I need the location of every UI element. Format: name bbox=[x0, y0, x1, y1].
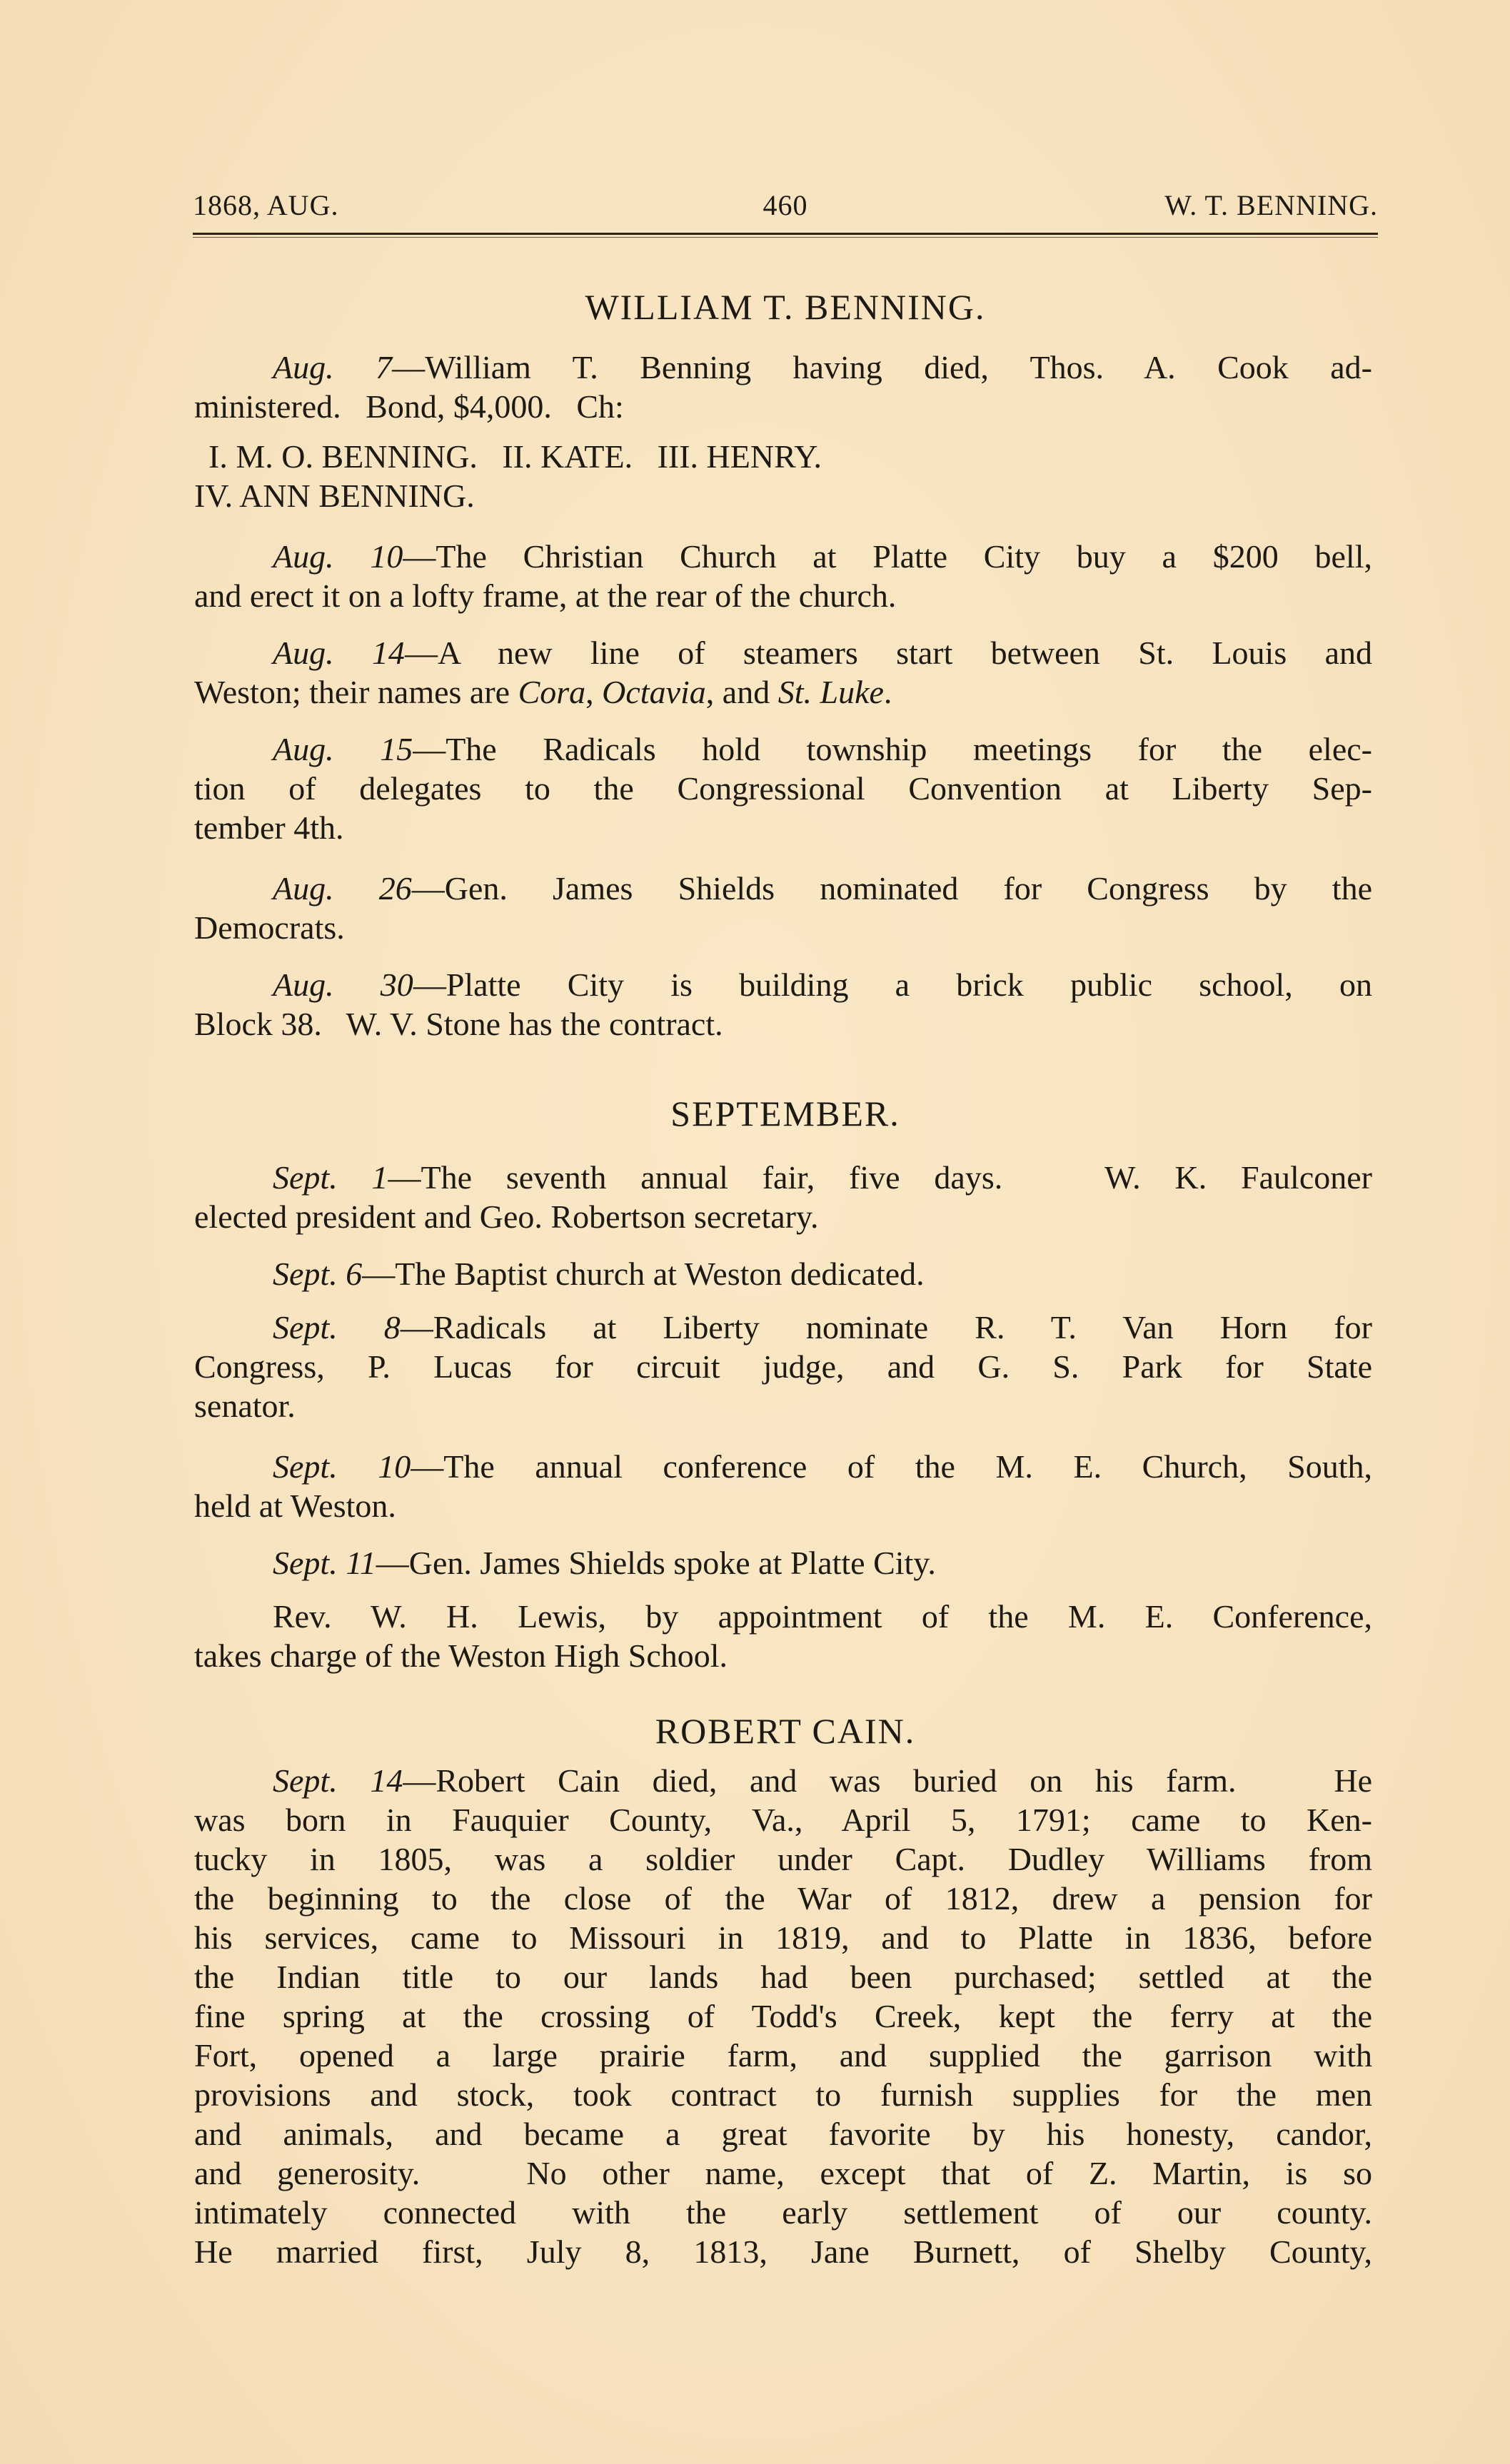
entry-sept8-line1: Sept. 8—Radicals at Liberty nominate R. … bbox=[273, 1308, 1372, 1348]
entry-date: Sept. 8 bbox=[273, 1309, 401, 1345]
entry-date: Sept. 6 bbox=[273, 1256, 362, 1292]
entry-date: Aug. 10 bbox=[273, 538, 403, 575]
entry-date: Sept. 14 bbox=[273, 1762, 403, 1799]
entry-lewis-line1: Rev. W. H. Lewis, by appointment of the … bbox=[273, 1597, 1372, 1637]
punctuation: , bbox=[585, 674, 602, 710]
section-heading-september: SEPTEMBER. bbox=[193, 1091, 1378, 1136]
punctuation: . bbox=[884, 674, 892, 710]
entry-date: Sept. 11 bbox=[273, 1545, 376, 1581]
header-rule-thin bbox=[193, 237, 1378, 238]
ship-name: Octavia bbox=[602, 674, 706, 710]
book-page: 1868, AUG. 460 W. T. BENNING. WILLIAM T.… bbox=[0, 0, 1510, 2464]
entry-aug15-line3: tember 4th. bbox=[194, 808, 1372, 848]
entry-sept14-line12: intimately connected with the early sett… bbox=[194, 2193, 1372, 2233]
entry-sept14-line7: fine spring at the crossing of Todd's Cr… bbox=[194, 1996, 1372, 2036]
entry-text: —The annual conference of the M. E. Chur… bbox=[411, 1448, 1372, 1485]
entry-text: Weston; their names are bbox=[194, 674, 518, 710]
entry-aug26-line1: Aug. 26—Gen. James Shields nominated for… bbox=[273, 869, 1372, 909]
entry-text: —William T. Benning having died, Thos. A… bbox=[392, 349, 1372, 385]
entry-sept14-line11: and generosity. No other name, except th… bbox=[194, 2154, 1372, 2193]
entry-aug30-line1: Aug. 30—Platte City is building a brick … bbox=[273, 965, 1372, 1005]
entry-sept14-line6: the Indian title to our lands had been p… bbox=[194, 1957, 1372, 1997]
entry-sept14-line1: Sept. 14—Robert Cain died, and was burie… bbox=[273, 1761, 1372, 1801]
entry-sept14-line3: tucky in 1805, was a soldier under Capt.… bbox=[194, 1839, 1372, 1879]
entry-sept14-line9: provisions and stock, took contract to f… bbox=[194, 2075, 1372, 2115]
entry-text: —Platte City is building a brick public … bbox=[413, 966, 1372, 1003]
entry-text: —Gen. James Shields nominated for Congre… bbox=[412, 870, 1372, 907]
children-line1: I. M. O. BENNING. II. KATE. III. HENRY. bbox=[208, 437, 1372, 477]
entry-sept6-line1: Sept. 6—The Baptist church at Weston ded… bbox=[273, 1254, 1372, 1294]
entry-sept14-line8: Fort, opened a large prairie farm, and s… bbox=[194, 2036, 1372, 2076]
entry-text: —The Baptist church at Weston dedicated. bbox=[362, 1256, 924, 1292]
entry-sept1-line1: Sept. 1—The seventh annual fair, five da… bbox=[273, 1158, 1372, 1198]
entry-aug7-line1: Aug. 7—William T. Benning having died, T… bbox=[273, 348, 1372, 388]
punctuation: , and bbox=[706, 674, 778, 710]
entry-text: —Gen. James Shields spoke at Platte City… bbox=[376, 1545, 936, 1581]
entry-date: Aug. 30 bbox=[273, 966, 413, 1003]
entry-date: Aug. 15 bbox=[273, 731, 413, 767]
entry-sept10-line1: Sept. 10—The annual conference of the M.… bbox=[273, 1447, 1372, 1487]
entry-aug15-line1: Aug. 15—The Radicals hold township meeti… bbox=[273, 729, 1372, 769]
entry-aug10-line2: and erect it on a lofty frame, at the re… bbox=[194, 576, 1372, 616]
entry-sept14-line2: was born in Fauquier County, Va., April … bbox=[194, 1800, 1372, 1840]
entry-aug14-line2: Weston; their names are Cora, Octavia, a… bbox=[194, 672, 1372, 712]
section-heading-benning: WILLIAM T. BENNING. bbox=[193, 285, 1378, 329]
entry-date: Aug. 26 bbox=[273, 870, 412, 907]
entry-date: Aug. 7 bbox=[273, 349, 392, 385]
entry-date: Aug. 14 bbox=[273, 635, 405, 671]
entry-sept8-line2: Congress, P. Lucas for circuit judge, an… bbox=[194, 1347, 1372, 1387]
entry-aug14-line1: Aug. 14—A new line of steamers start bet… bbox=[273, 633, 1372, 673]
entry-date: Sept. 10 bbox=[273, 1448, 411, 1485]
entry-aug10-line1: Aug. 10—The Christian Church at Platte C… bbox=[273, 537, 1372, 577]
entry-aug30-line2: Block 38. W. V. Stone has the contract. bbox=[194, 1004, 1372, 1044]
entry-text: —A new line of steamers start between St… bbox=[405, 635, 1372, 671]
entry-date: Sept. 1 bbox=[273, 1159, 388, 1196]
entry-text: —The seventh annual fair, five days. W. … bbox=[388, 1159, 1372, 1196]
header-rule bbox=[193, 233, 1378, 235]
entry-text: —Robert Cain died, and was buried on his… bbox=[403, 1762, 1372, 1799]
entry-aug15-line2: tion of delegates to the Congressional C… bbox=[194, 769, 1372, 809]
entry-lewis-line2: takes charge of the Weston High School. bbox=[194, 1636, 1372, 1676]
entry-sept11-line1: Sept. 11—Gen. James Shields spoke at Pla… bbox=[273, 1543, 1372, 1583]
entry-aug7-line2: ministered. Bond, $4,000. Ch: bbox=[194, 387, 1372, 427]
entry-sept14-line13: He married first, July 8, 1813, Jane Bur… bbox=[194, 2232, 1372, 2272]
ship-name: Cora bbox=[518, 674, 586, 710]
entry-sept8-line3: senator. bbox=[194, 1386, 1372, 1426]
entry-text: —Radicals at Liberty nominate R. T. Van … bbox=[401, 1309, 1372, 1345]
ship-name: St. Luke bbox=[778, 674, 884, 710]
entry-text: —The Radicals hold township meetings for… bbox=[413, 731, 1372, 767]
entry-sept14-line10: and animals, and became a great favorite… bbox=[194, 2114, 1372, 2154]
running-head-subject: W. T. BENNING. bbox=[1164, 184, 1378, 227]
running-head: 1868, AUG. 460 W. T. BENNING. bbox=[193, 184, 1378, 227]
entry-sept14-line4: the beginning to the close of the War of… bbox=[194, 1879, 1372, 1919]
entry-sept1-line2: elected president and Geo. Robertson sec… bbox=[194, 1197, 1372, 1237]
entry-sept10-line2: held at Weston. bbox=[194, 1486, 1372, 1526]
section-heading-cain: ROBERT CAIN. bbox=[193, 1709, 1378, 1753]
children-line2: IV. ANN BENNING. bbox=[194, 476, 1372, 516]
entry-aug26-line2: Democrats. bbox=[194, 908, 1372, 948]
entry-text: —The Christian Church at Platte City buy… bbox=[403, 538, 1372, 575]
entry-sept14-line5: his services, came to Missouri in 1819, … bbox=[194, 1918, 1372, 1958]
